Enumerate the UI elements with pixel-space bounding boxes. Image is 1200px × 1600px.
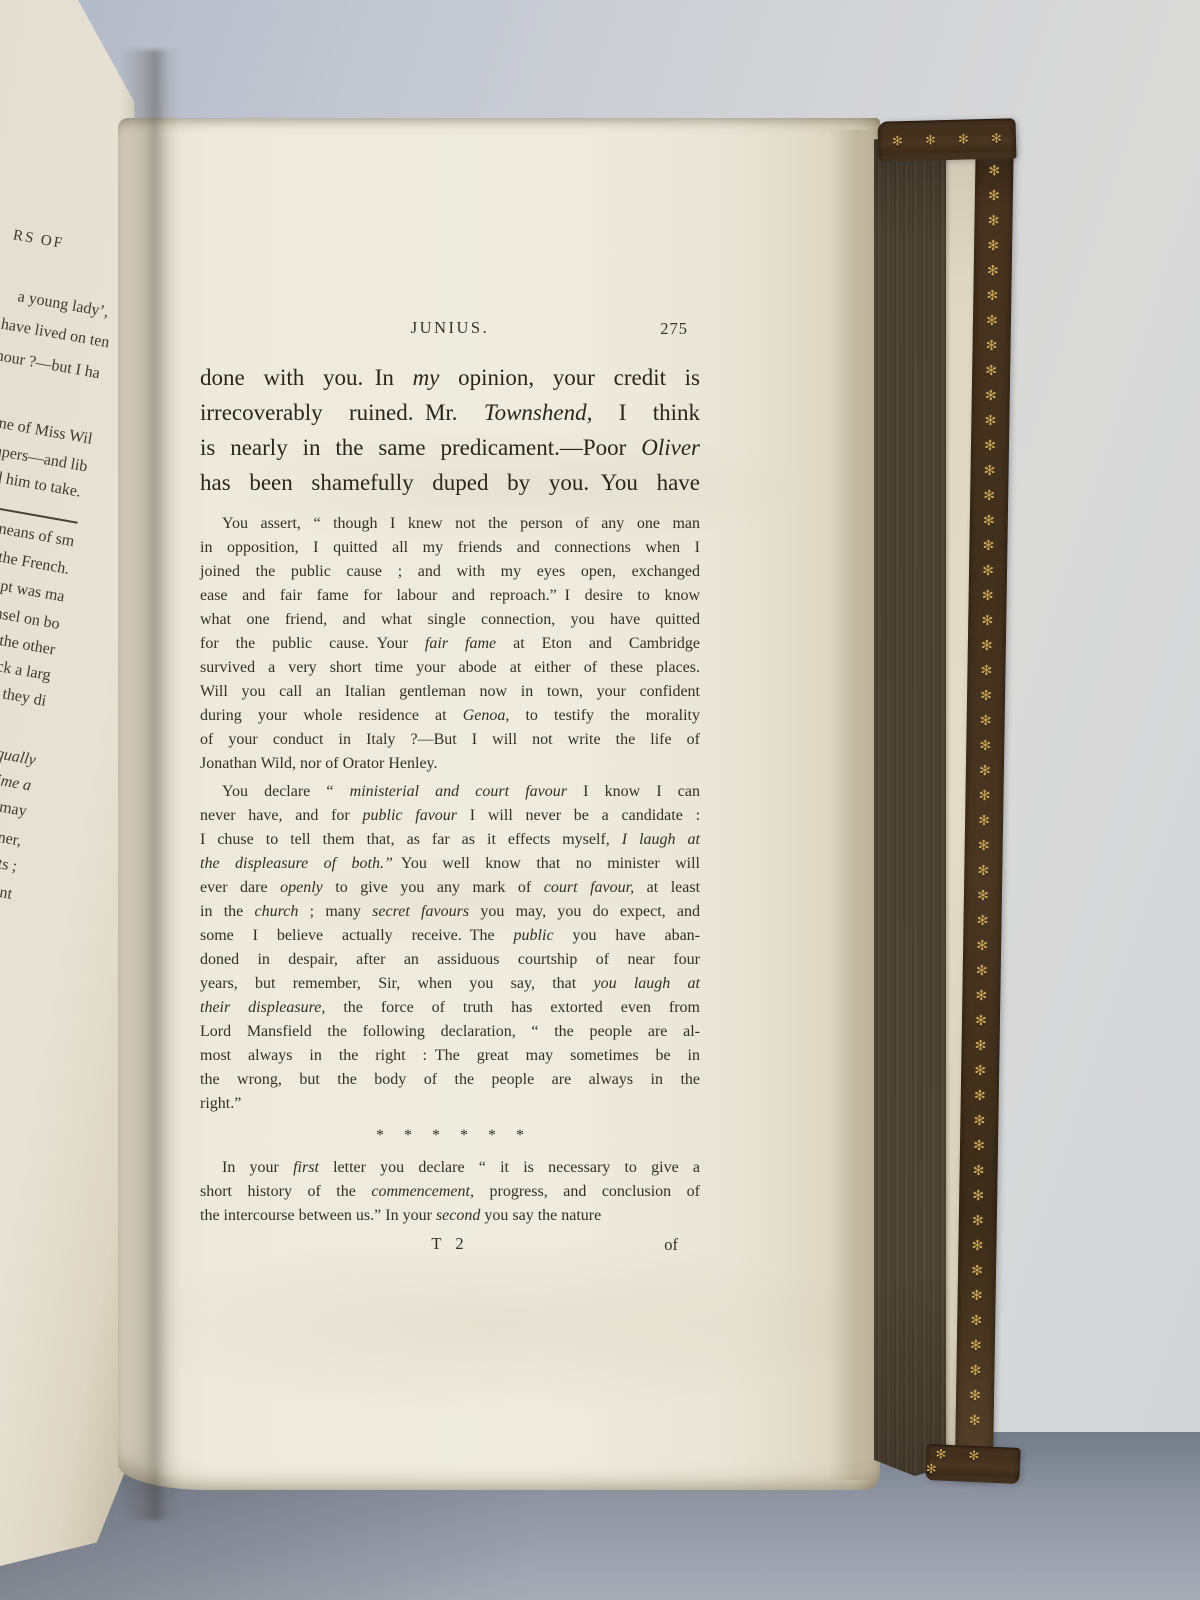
printed-text-column: JUNIUS. 275 done with you. In my opinion… — [200, 318, 700, 1256]
text-line: in opposition, I quitted all my friends … — [200, 536, 700, 560]
text-line: is nearly in the same predicament.—Poor … — [200, 430, 700, 465]
text-line: ever dare openly to give you any mark of… — [200, 876, 700, 900]
text-line: the intercourse between us.” In your sec… — [200, 1204, 700, 1228]
text-line: In your first letter you declare “ it is… — [200, 1156, 700, 1180]
text-line: their displeasure, the force of truth ha… — [200, 996, 700, 1020]
text-line: done with you. In my opinion, your credi… — [200, 360, 700, 395]
gutter-fold-shadow — [120, 50, 180, 1520]
text-line: has been shamefully duped by you. You ha… — [200, 465, 700, 500]
signature-mark: T 2 — [200, 1232, 700, 1256]
text-line: what one friend, and what single connect… — [200, 608, 700, 632]
text-line: irrecoverably ruined. Mr. Townshend, I t… — [200, 395, 700, 430]
text-line: the wrong, but the body of the people ar… — [200, 1068, 700, 1092]
footnote-paragraph: In your first letter you declare “ it is… — [200, 1156, 700, 1228]
gilt-leather-bottom-edge: ✻ ✻ ✻ — [925, 1444, 1020, 1484]
text-line: joined the public cause ; and with my ey… — [200, 560, 700, 584]
footnote-paragraph: You assert, “ though I knew not the pers… — [200, 512, 700, 776]
text-line: most always in the right : The great may… — [200, 1044, 700, 1068]
text-line: some I believe actually receive. The pub… — [200, 924, 700, 948]
text-line: Will you call an Italian gentleman now i… — [200, 680, 700, 704]
text-line: doned in despair, after an assiduous cou… — [200, 948, 700, 972]
text-line: Jonathan Wild, nor of Orator Henley. — [200, 752, 700, 776]
text-line: You declare “ ministerial and court favo… — [200, 780, 700, 804]
page-number: 275 — [660, 319, 688, 339]
text-line: ease and fair fame for labour and reproa… — [200, 584, 700, 608]
text-line: right.” — [200, 1092, 700, 1116]
text-line: the displeasure of both.” You well know … — [200, 852, 700, 876]
text-line: in the church ; many secret favours you … — [200, 900, 700, 924]
page-crease-shadow — [828, 130, 874, 1480]
gilt-leather-top-edge: ✻ ✻ ✻ ✻ — [878, 118, 1017, 162]
text-line: I chuse to tell them that, as far as it … — [200, 828, 700, 852]
catchword: of — [664, 1233, 678, 1257]
asterisk-separator: * * * * * * — [200, 1124, 700, 1148]
page-header: JUNIUS. 275 — [200, 318, 700, 344]
text-line: for the public cause. Your fair fame at … — [200, 632, 700, 656]
signature-line: T 2 of — [200, 1232, 700, 1256]
open-book-photo: RS OFa young lady’,e have lived on tenum… — [0, 0, 1200, 1600]
text-line: You assert, “ though I knew not the pers… — [200, 512, 700, 536]
footnote-paragraph: You declare “ ministerial and court favo… — [200, 780, 700, 1116]
text-line: of your conduct in Italy ?—But I will no… — [200, 728, 700, 752]
running-title: JUNIUS. — [200, 318, 700, 338]
text-line: short history of the commencement, progr… — [200, 1180, 700, 1204]
text-line: during your whole residence at Genoa, to… — [200, 704, 700, 728]
text-line: survived a very short time your abode at… — [200, 656, 700, 680]
text-line: Lord Mansfield the following declaration… — [200, 1020, 700, 1044]
footnote-block: You assert, “ though I knew not the pers… — [200, 512, 700, 1256]
text-line: never have, and for public favour I will… — [200, 804, 700, 828]
gilt-ornament-row: ✻ ✻ ✻ ✻ — [878, 118, 1017, 162]
gilt-ornament-row: ✻ ✻ ✻ — [925, 1444, 1020, 1484]
fore-edge-page-block — [874, 134, 948, 1476]
letter-body-paragraph: done with you. In my opinion, your credi… — [200, 360, 700, 500]
text-line: years, but remember, Sir, when you say, … — [200, 972, 700, 996]
